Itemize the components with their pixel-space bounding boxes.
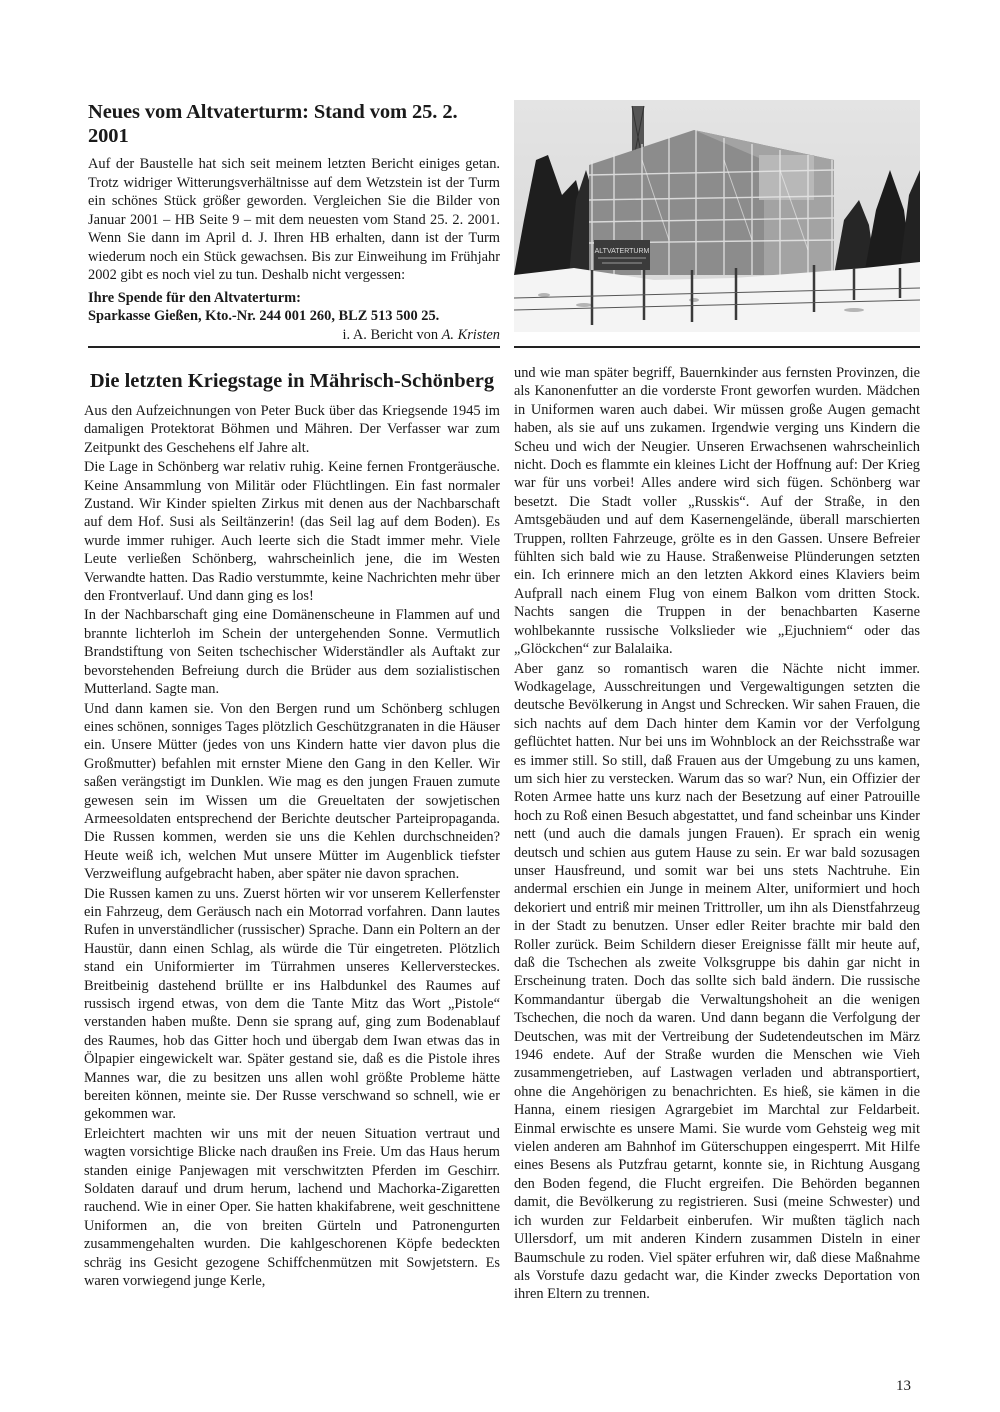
altvaterturm-title: Neues vom Altvaterturm: Stand vom 25. 2.…	[88, 100, 500, 148]
article-paragraph: Die Lage in Schönberg war relativ ruhig.…	[84, 458, 500, 605]
article-paragraph: Aber ganz so romantisch waren die Nächte…	[514, 660, 920, 1304]
bank-details: Sparkasse Gießen, Kto.-Nr. 244 001 260, …	[88, 307, 500, 326]
document-page: Neues vom Altvaterturm: Stand vom 25. 2.…	[0, 0, 1000, 1412]
article-paragraph: Aus den Aufzeichnungen von Peter Buck üb…	[84, 402, 500, 457]
altvaterturm-article: Neues vom Altvaterturm: Stand vom 25. 2.…	[88, 100, 500, 344]
main-article-right-column: und wie man später begriff, Bauernkinder…	[514, 364, 920, 1305]
article-paragraph: Erleichtert machten wir uns mit der neue…	[84, 1125, 500, 1291]
article-paragraph: Und dann kamen sie. Von den Bergen rund …	[84, 700, 500, 884]
altvaterturm-body: Auf der Baustelle hat sich seit meinem l…	[88, 155, 500, 285]
article-paragraph: Die Russen kamen zu uns. Zuerst hörten w…	[84, 885, 500, 1124]
tower-construction-photo: ALTVATERTURM	[514, 100, 920, 332]
article-signature: i. A. Bericht von A. Kristen	[88, 326, 500, 345]
article-paragraph: und wie man später begriff, Bauernkinder…	[514, 364, 920, 659]
main-article-title: Die letzten Kriegstage in Mährisch-Schön…	[84, 369, 500, 393]
page-number: 13	[896, 1378, 911, 1395]
main-article-left-column: Die letzten Kriegstage in Mährisch-Schön…	[84, 364, 500, 1292]
donation-appeal: Ihre Spende für den Altvaterturm:	[88, 289, 500, 308]
article-paragraph: In der Nachbarschaft ging eine Domänensc…	[84, 606, 500, 698]
signature-author: A. Kristen	[442, 327, 500, 343]
signature-prefix: i. A. Bericht von	[343, 327, 442, 343]
section-divider-left	[88, 346, 500, 348]
section-divider-right	[514, 346, 920, 348]
photo-sign-text: ALTVATERTURM	[595, 248, 650, 255]
